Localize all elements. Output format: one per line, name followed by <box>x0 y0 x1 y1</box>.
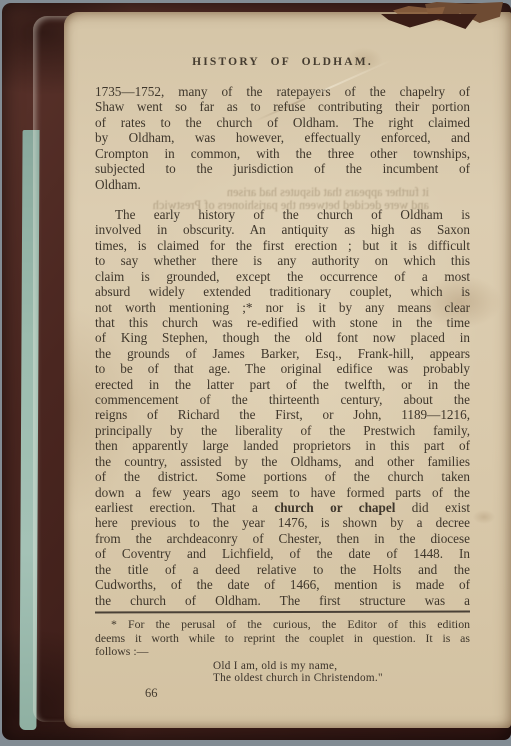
text-line: The early history of the church of Oldha… <box>95 207 470 222</box>
text-line: absurd widely extended traditionary coup… <box>95 284 470 299</box>
book-page: it further appears that disputes had ari… <box>64 12 511 728</box>
text-line: that this church was re-edified with sto… <box>95 315 470 330</box>
text-line: subjected to the jurisdiction of the inc… <box>95 161 470 176</box>
text-line: deems it worth while to reprint the coup… <box>95 632 470 646</box>
text-line: the title of a deed relative to the Holt… <box>95 562 470 577</box>
text-line: 1735—1752, many of the ratepayers of the… <box>95 84 470 99</box>
text-line: The oldest church in Christendom." <box>213 672 463 684</box>
text-line: commencement of the thirteenth century, … <box>95 392 470 407</box>
text-line: of the district. Some portions of the ch… <box>95 469 470 484</box>
text-line: then apparently large landed proprietors… <box>95 438 470 453</box>
running-header: HISTORY OF OLDHAM. <box>95 56 470 68</box>
text-line: times, is claimed for the first erection… <box>95 238 470 253</box>
text-line: of King Stephen, though the old font now… <box>95 330 470 345</box>
text-line: erected in the latter part of the twelft… <box>95 377 470 392</box>
book-photo: { "colors": { "paper": "#d9c9ab", "ink":… <box>0 0 511 746</box>
text-line: claim is grounded, except the occurrence… <box>95 269 470 284</box>
page-number: 66 <box>145 686 158 701</box>
text-line: principally by the liberality of the Pre… <box>95 423 470 438</box>
footnote-text: * For the perusal of the curious, the Ed… <box>95 618 470 659</box>
body-paragraph-1: 1735—1752, many of the ratepayers of the… <box>95 84 470 192</box>
text-line: the church of Oldham. The first structur… <box>95 593 470 608</box>
text-line: * For the perusal of the curious, the Ed… <box>95 618 470 632</box>
text-line: here previous to the year 1476, is shown… <box>95 515 470 530</box>
text-line: Cudworths, of the date of 1466, mention … <box>95 577 470 592</box>
text-line: of rates to the church of Oldham. The ri… <box>95 115 470 130</box>
text-line: Oldham. <box>95 177 470 192</box>
text-line: of Coventry and Lichfield, of the date o… <box>95 546 470 561</box>
text-line: Old I am, old is my name, <box>213 660 463 672</box>
body-paragraph-2: The early history of the church of Oldha… <box>95 207 470 608</box>
text-line: from the archdeaconry of Chester, then i… <box>95 531 470 546</box>
text-line: to say whether there is any authority on… <box>95 253 470 268</box>
footnote-separator <box>95 611 470 613</box>
text-line: not worth mentioning ;* nor is it by any… <box>95 300 470 315</box>
text-line: to be of that age. The original edifice … <box>95 361 470 376</box>
text-line: Crompton in common, with the three other… <box>95 146 470 161</box>
text-line: follows :— <box>95 645 470 659</box>
text-line: down a few years ago seem to have formed… <box>95 485 470 500</box>
printed-content: HISTORY OF OLDHAM. 1735—1752, many of th… <box>95 12 470 728</box>
text-line: earliest erection. That a church or chap… <box>95 500 470 515</box>
text-line: reigns of Richard the First, or John, 11… <box>95 407 470 422</box>
footnote-couplet: Old I am, old is my name,The oldest chur… <box>213 660 463 684</box>
text-line: by Oldham, was however, effectually enfo… <box>95 130 470 145</box>
text-line: the country, assisted by the Oldhams, an… <box>95 454 470 469</box>
text-line: the grounds of James Barker, Esq., Frank… <box>95 346 470 361</box>
text-line: involved in obscurity. An antiquity as h… <box>95 222 470 237</box>
